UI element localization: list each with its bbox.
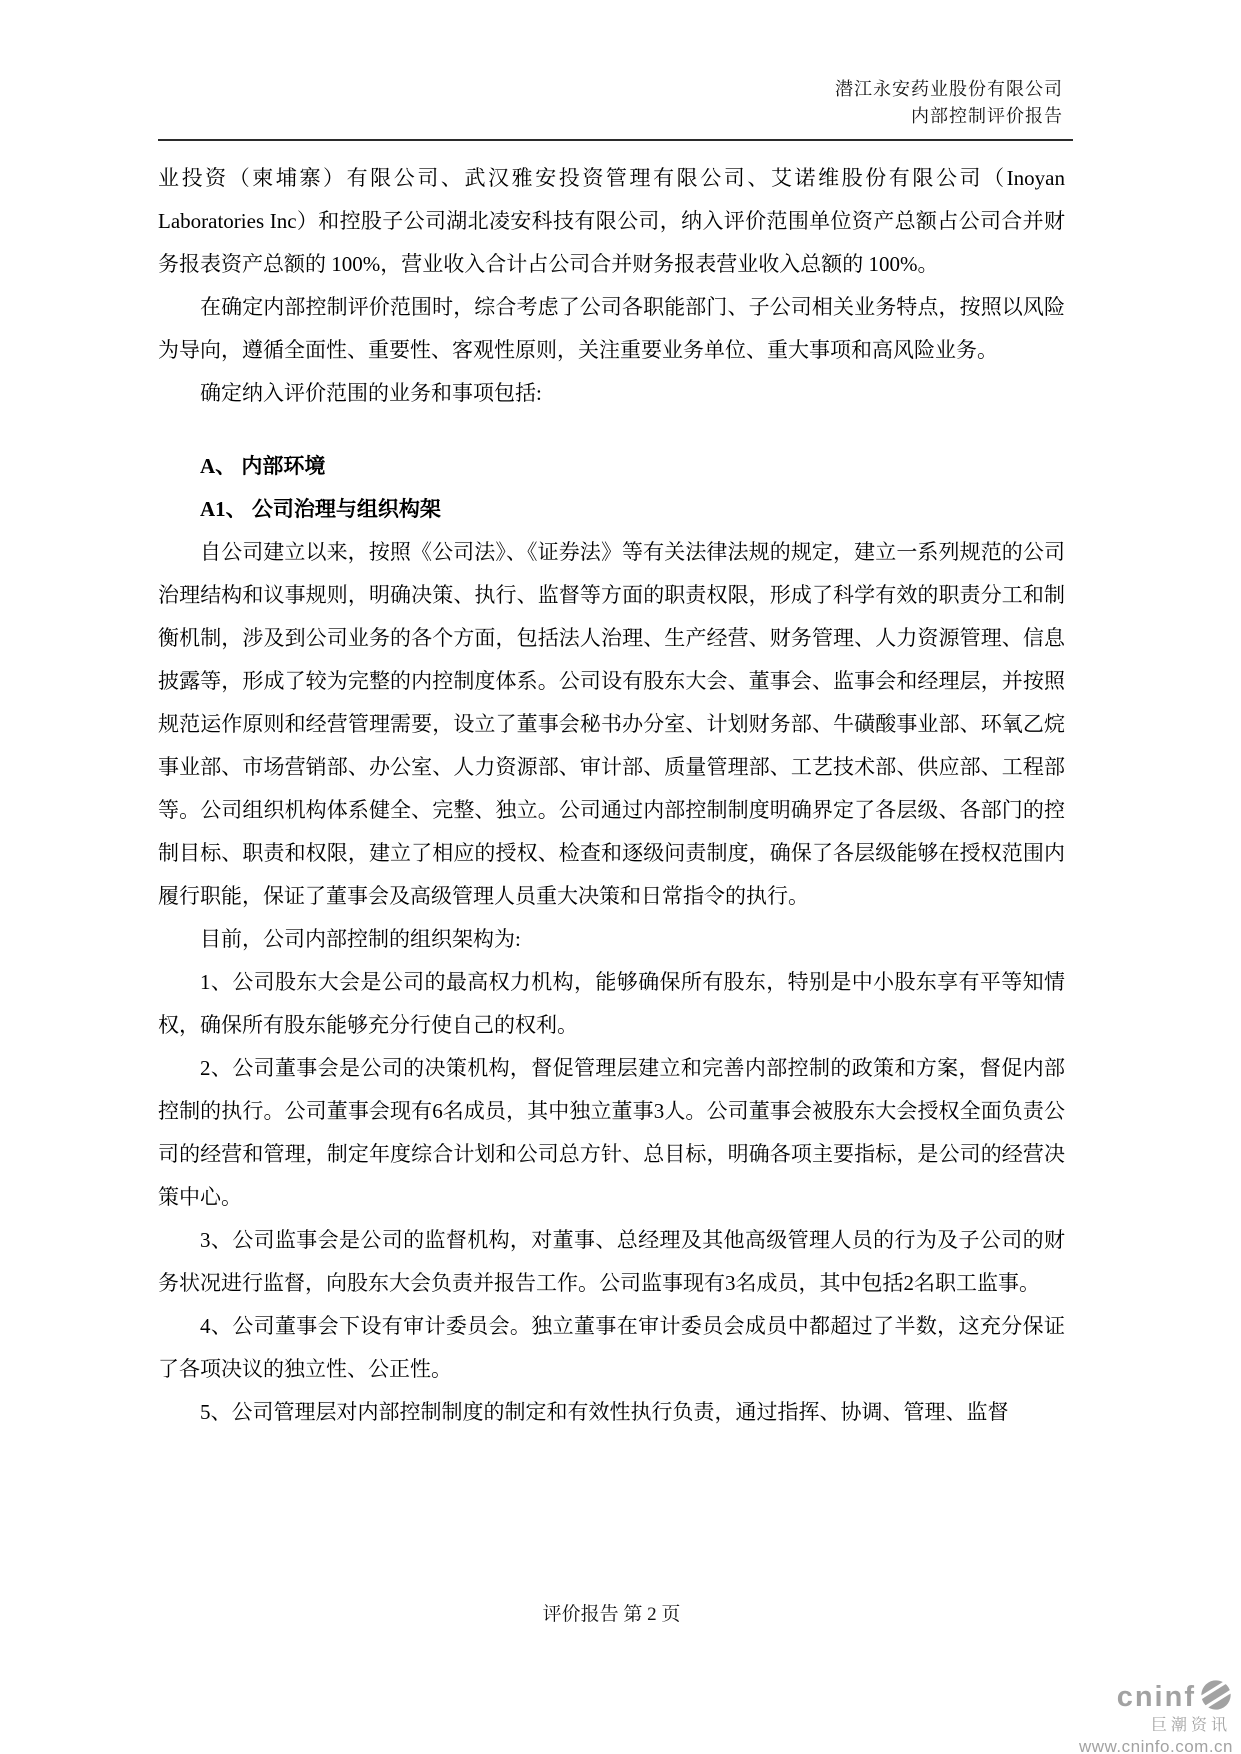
paragraph-org-structure-intro: 目前，公司内部控制的组织架构为:: [158, 918, 1065, 961]
paragraph-scope-principles: 在确定内部控制评价范围时，综合考虑了公司各职能部门、子公司相关业务特点，按照以风…: [158, 286, 1065, 372]
page-header: 潜江永安药业股份有限公司 内部控制评价报告: [835, 76, 1063, 130]
header-divider: [158, 139, 1073, 141]
cninfo-url-text: www.cninfo.com.cn: [1079, 1738, 1233, 1754]
paragraph-scope-items-intro: 确定纳入评价范围的业务和事项包括:: [158, 372, 1065, 415]
cninfo-brand-text: cninf: [1117, 1683, 1196, 1712]
cninfo-globe-icon: [1199, 1678, 1233, 1716]
cninfo-watermark: cninf 巨潮资讯 www.cninfo.com.cn: [1079, 1678, 1233, 1754]
paragraph-item-2-board-of-directors: 2、公司董事会是公司的决策机构，督促管理层建立和完善内部控制的政策和方案，督促内…: [158, 1047, 1065, 1219]
document-page: 潜江永安药业股份有限公司 内部控制评价报告 业投资（柬埔寨）有限公司、武汉雅安投…: [0, 0, 1241, 1754]
paragraph-governance-overview: 自公司建立以来，按照《公司法》、《证券法》等有关法律法规的规定，建立一系列规范的…: [158, 531, 1065, 918]
section-heading-governance-structure: A1、 公司治理与组织构架: [158, 488, 1065, 531]
document-body: 业投资（柬埔寨）有限公司、武汉雅安投资管理有限公司、艾诺维股份有限公司（Inoy…: [158, 157, 1065, 1434]
cninfo-chinese-name: 巨潮资讯: [1079, 1718, 1231, 1734]
header-company-name: 潜江永安药业股份有限公司: [835, 76, 1063, 103]
page-number-label: 评价报告 第 2 页: [543, 1604, 681, 1625]
paragraph-item-3-supervisory-board: 3、公司监事会是公司的监督机构，对董事、总经理及其他高级管理人员的行为及子公司的…: [158, 1219, 1065, 1305]
paragraph-item-4-audit-committee: 4、公司董事会下设有审计委员会。独立董事在审计委员会成员中都超过了半数，这充分保…: [158, 1305, 1065, 1391]
paragraph-item-5-management: 5、公司管理层对内部控制制度的制定和有效性执行负责，通过指挥、协调、管理、监督: [158, 1391, 1065, 1434]
page-footer: 评价报告 第 2 页: [158, 1600, 1065, 1630]
section-heading-internal-environment: A、 内部环境: [158, 445, 1065, 488]
paragraph-scope-continuation: 业投资（柬埔寨）有限公司、武汉雅安投资管理有限公司、艾诺维股份有限公司（Inoy…: [158, 157, 1065, 286]
paragraph-item-1-shareholders-meeting: 1、公司股东大会是公司的最高权力机构，能够确保所有股东，特别是中小股东享有平等知…: [158, 961, 1065, 1047]
cninfo-wordmark-row: cninf: [1079, 1678, 1233, 1716]
header-report-title: 内部控制评价报告: [835, 103, 1063, 130]
